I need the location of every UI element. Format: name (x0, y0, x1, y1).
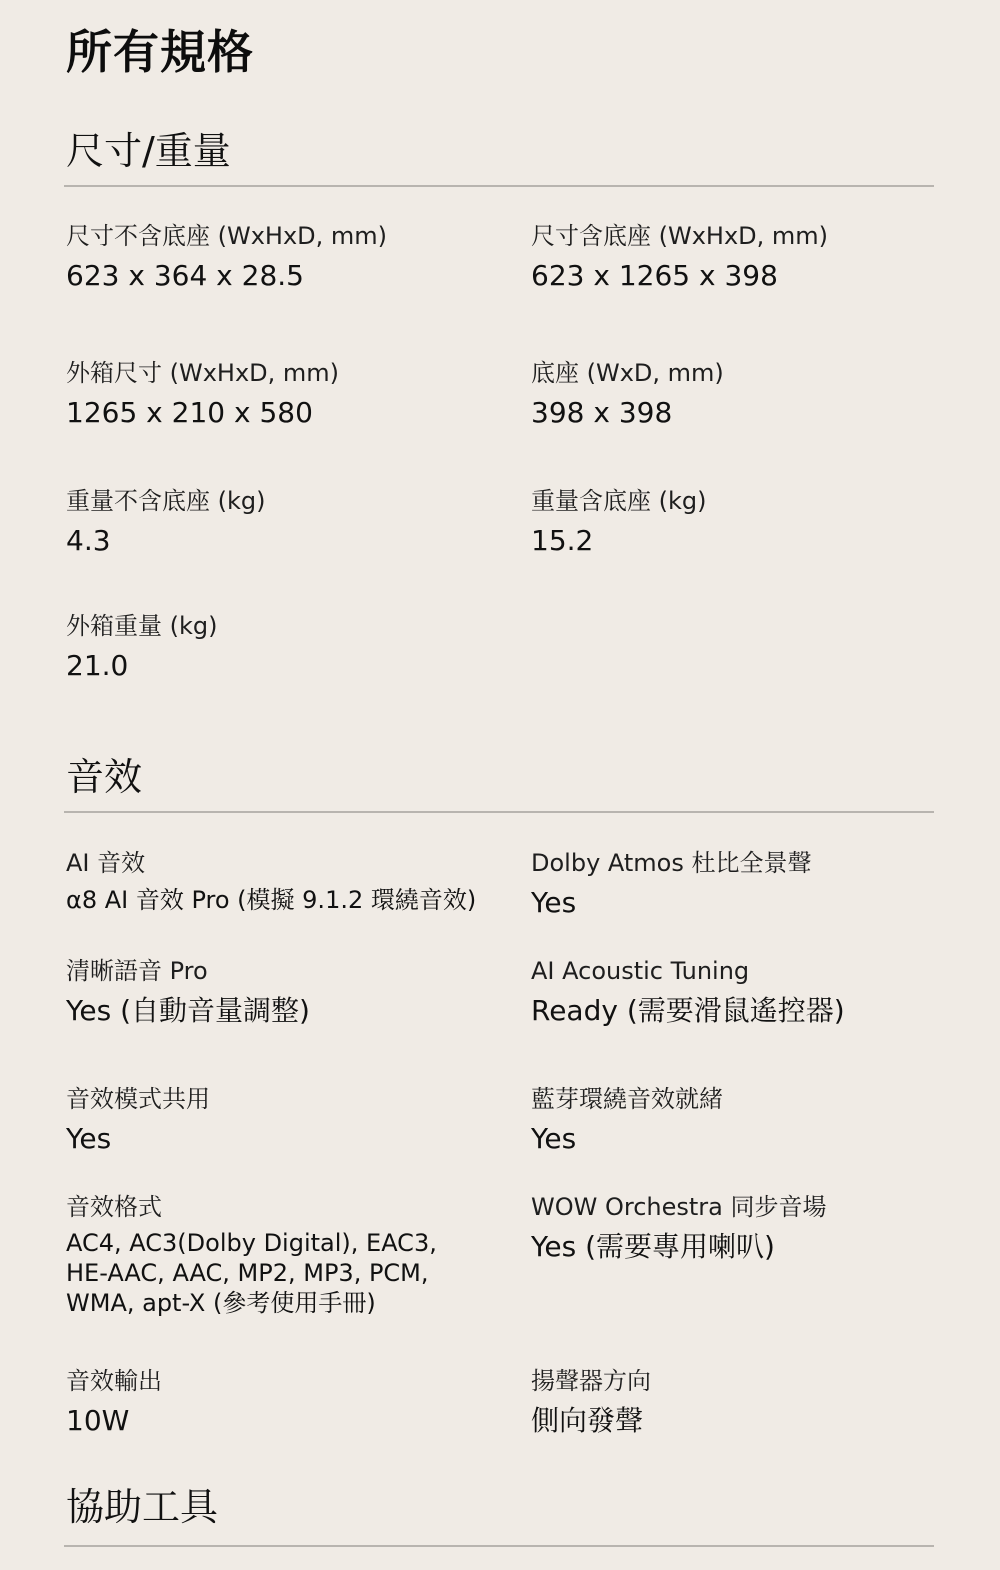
spec-value: Yes (531, 884, 971, 922)
spec-value: α8 AI 音效 Pro (模擬 9.1.2 環繞音效) (66, 884, 506, 916)
spec-item: 外箱尺寸 (WxHxD, mm) 1265 x 210 x 580 (66, 356, 506, 432)
spec-label: 重量含底座 (kg) (531, 484, 971, 518)
spec-label: 外箱尺寸 (WxHxD, mm) (66, 356, 506, 390)
spec-label: WOW Orchestra 同步音場 (531, 1190, 971, 1224)
spec-value: Ready (需要滑鼠遙控器) (531, 992, 971, 1030)
spec-value: 15.2 (531, 522, 971, 560)
spec-label: 藍芽環繞音效就緒 (531, 1082, 971, 1116)
page-title: 所有規格 (66, 22, 254, 82)
spec-value: 1265 x 210 x 580 (66, 394, 506, 432)
section-divider (64, 185, 934, 187)
spec-label: 底座 (WxD, mm) (531, 356, 971, 390)
spec-value: 側向發聲 (531, 1402, 971, 1440)
spec-value: 623 x 364 x 28.5 (66, 257, 506, 295)
spec-label: 揚聲器方向 (531, 1364, 971, 1398)
spec-label: 音效格式 (66, 1190, 506, 1224)
spec-item: 音效格式 AC4, AC3(Dolby Digital), EAC3, HE-A… (66, 1190, 506, 1318)
spec-item: WOW Orchestra 同步音場 Yes (需要專用喇叭) (531, 1190, 971, 1266)
spec-item: 揚聲器方向 側向發聲 (531, 1364, 971, 1440)
spec-item: Dolby Atmos 杜比全景聲 Yes (531, 846, 971, 922)
spec-item: AI Acoustic Tuning Ready (需要滑鼠遙控器) (531, 954, 971, 1030)
spec-value: AC4, AC3(Dolby Digital), EAC3, HE-AAC, A… (66, 1228, 486, 1318)
spec-label: 尺寸不含底座 (WxHxD, mm) (66, 219, 506, 253)
spec-item: 尺寸不含底座 (WxHxD, mm) 623 x 364 x 28.5 (66, 219, 506, 295)
spec-label: 外箱重量 (kg) (66, 609, 506, 643)
spec-value: 4.3 (66, 522, 506, 560)
spec-label: AI 音效 (66, 846, 506, 880)
spec-value: Yes (需要專用喇叭) (531, 1228, 971, 1266)
spec-label: AI Acoustic Tuning (531, 954, 971, 988)
spec-label: 重量不含底座 (kg) (66, 484, 506, 518)
spec-value: Yes (66, 1120, 506, 1158)
spec-label: 尺寸含底座 (WxHxD, mm) (531, 219, 971, 253)
spec-value: 21.0 (66, 647, 506, 685)
section-title-dimensions: 尺寸/重量 (66, 126, 231, 176)
spec-label: 清晰語音 Pro (66, 954, 506, 988)
spec-value: 623 x 1265 x 398 (531, 257, 971, 295)
spec-item: 外箱重量 (kg) 21.0 (66, 609, 506, 685)
section-title-accessibility: 協助工具 (66, 1482, 218, 1532)
spec-item: 藍芽環繞音效就緒 Yes (531, 1082, 971, 1158)
spec-item: 音效模式共用 Yes (66, 1082, 506, 1158)
spec-item: 底座 (WxD, mm) 398 x 398 (531, 356, 971, 432)
spec-item: 重量含底座 (kg) 15.2 (531, 484, 971, 560)
spec-item: 尺寸含底座 (WxHxD, mm) 623 x 1265 x 398 (531, 219, 971, 295)
spec-item: AI 音效 α8 AI 音效 Pro (模擬 9.1.2 環繞音效) (66, 846, 506, 916)
section-divider (64, 1545, 934, 1547)
spec-label: 音效模式共用 (66, 1082, 506, 1116)
spec-value: Yes (自動音量調整) (66, 992, 506, 1030)
spec-item: 音效輸出 10W (66, 1364, 506, 1440)
section-title-audio: 音效 (66, 752, 142, 802)
spec-item: 重量不含底座 (kg) 4.3 (66, 484, 506, 560)
section-divider (64, 811, 934, 813)
spec-item: 清晰語音 Pro Yes (自動音量調整) (66, 954, 506, 1030)
spec-value: Yes (531, 1120, 971, 1158)
spec-value: 398 x 398 (531, 394, 971, 432)
spec-value: 10W (66, 1402, 506, 1440)
spec-label: Dolby Atmos 杜比全景聲 (531, 846, 971, 880)
spec-label: 音效輸出 (66, 1364, 506, 1398)
